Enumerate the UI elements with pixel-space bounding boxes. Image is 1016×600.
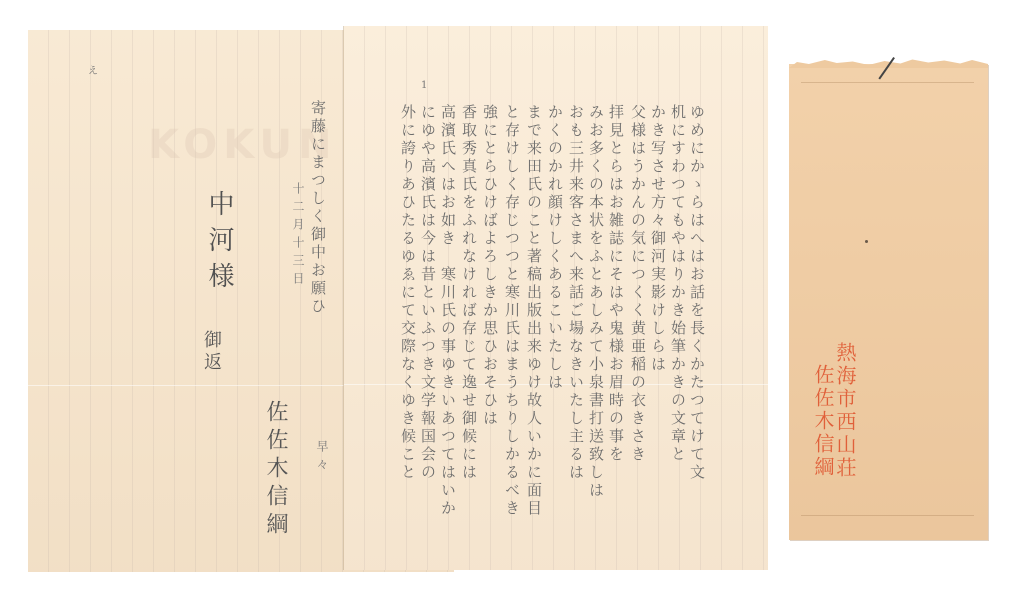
letter-column: 強にとらひけばよろしきか思ひおそひは	[482, 104, 497, 428]
corner-mark: え	[88, 62, 98, 77]
envelope-flap-bottom	[801, 515, 974, 516]
envelope-flap-top	[801, 82, 974, 83]
letter-column: かき写させ方々御河実影けしらは	[650, 104, 665, 374]
envelope-sender: 佐佐木信綱	[813, 364, 833, 479]
letter-column: 香取秀真氏をふれなければ存じて逸せ御候には	[461, 104, 476, 482]
closing-line: 寄藤にまつしく御中お願ひ	[310, 100, 325, 460]
envelope: 熱海市西山荘 佐佐木信綱	[789, 64, 988, 540]
closing-word: 早々	[316, 440, 328, 476]
letter-date: 十二月十三日	[292, 182, 304, 290]
addressee: 中河様	[206, 190, 232, 298]
letter-column: 机にすわつてもやはりかき始筆かきの文章と	[670, 104, 685, 464]
pencil-mark	[878, 57, 894, 79]
envelope-dot	[865, 240, 868, 243]
letter-column: 拝見とらはお雑誌にそはや鬼様お眉時の事を	[608, 104, 623, 464]
letter-sheet-right: 1 ゆめにかゝらはへはお話を長くかたつてけて文 机にすわつてもやはりかき始筆かき…	[344, 26, 768, 570]
letter-column: かくのかれ顔けしくあるこいたしは	[547, 104, 562, 392]
letter-column: にゆや高濱氏は今は昔といふつき文学報国会の	[420, 104, 435, 482]
letter-column: まで来田氏のこと著稿出版出来ゆけ故人いかに面目	[526, 104, 541, 518]
addressee-honorific: 御返	[202, 330, 220, 374]
letter-column: 父様はうかんの気につくく黄亜稲の衣きさき	[630, 104, 645, 464]
letter-column: 高濱氏へはお如き 寒川氏の事ゆきいあつてはいか	[440, 104, 455, 518]
page-number: 1	[421, 80, 427, 91]
letter-column: と存けしく存じつつと寒川氏はまうちりしかるべき	[504, 104, 519, 518]
letter-column: 外に誇りあひたるゆゑにて交際なくゆき候こと	[400, 104, 415, 482]
letter-column: おも三井来客さまへ来話ご場なきいたし主るは	[568, 104, 583, 482]
letter-column: みお多くの本状をふとあしみて小泉書打送致しは	[588, 104, 603, 500]
letter-column: ゆめにかゝらはへはお話を長くかたつてけて文	[689, 104, 704, 482]
sender-signature: 佐佐木信綱	[264, 400, 286, 540]
envelope-address: 熱海市西山荘	[835, 342, 855, 480]
